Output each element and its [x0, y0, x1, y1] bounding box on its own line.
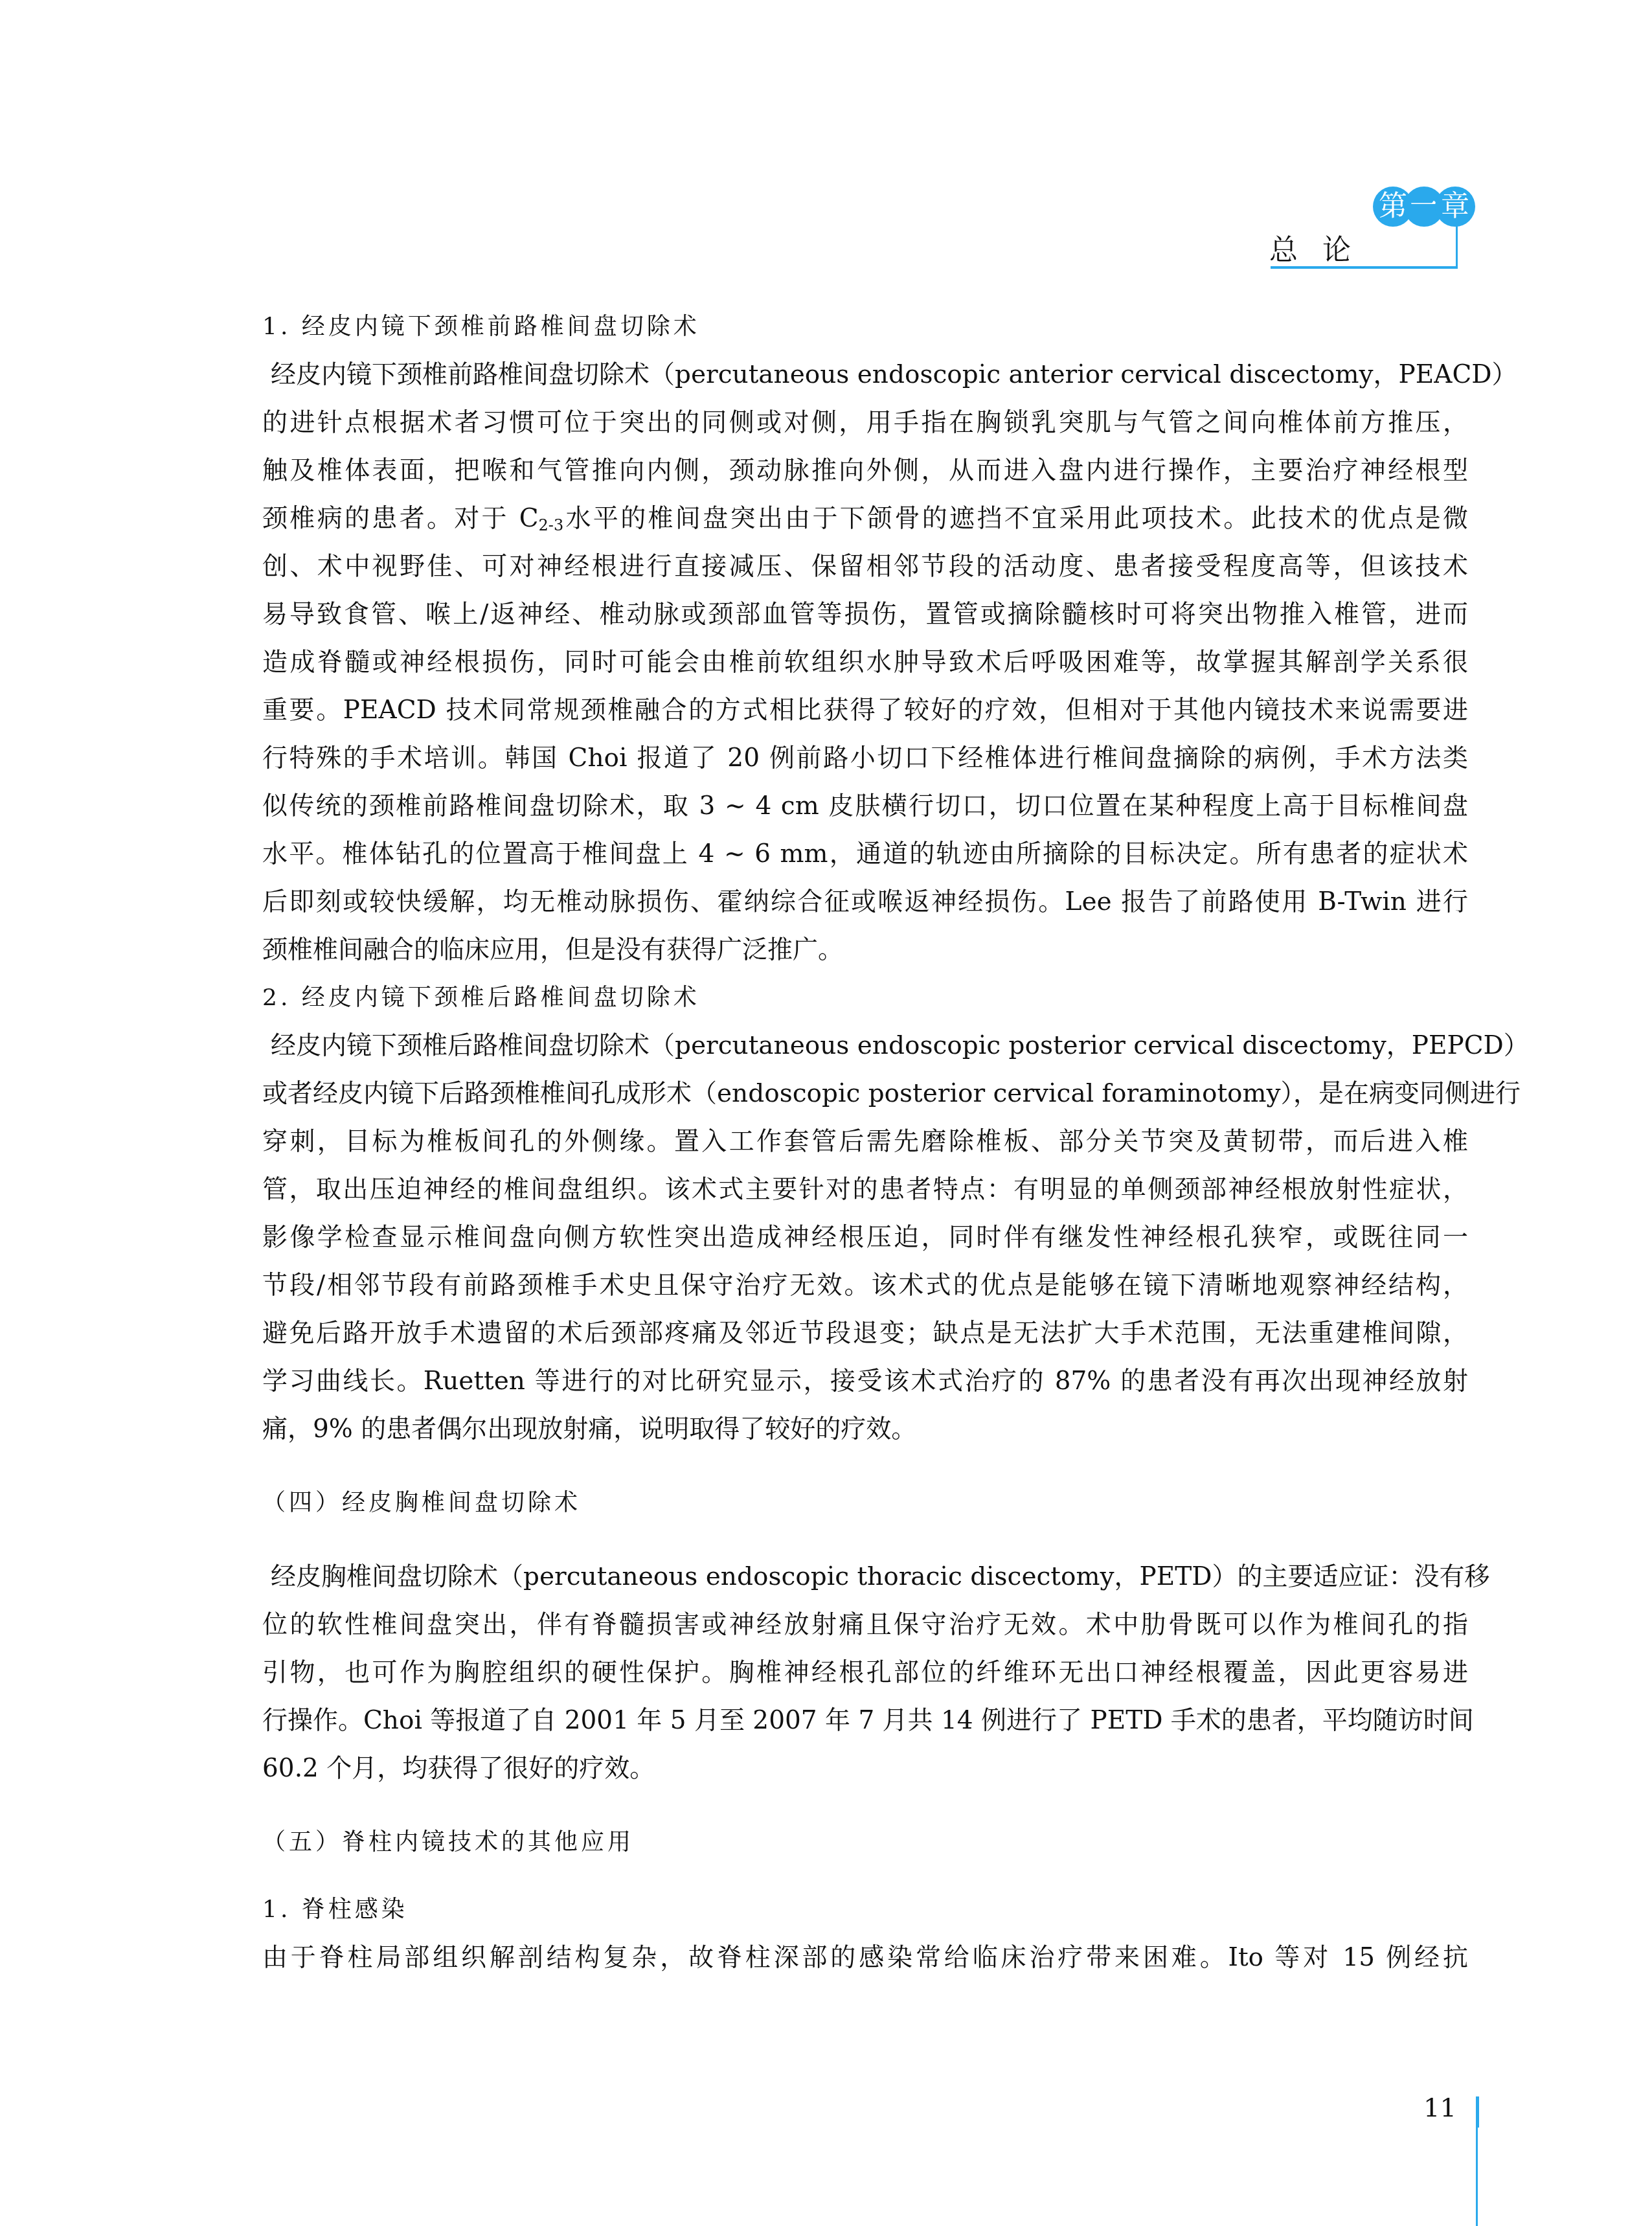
subsection-heading: 1. 脊柱感染 — [262, 1886, 1468, 1934]
paragraph-line: 影像学检查显示椎间盘向侧方软性突出造成神经根压迫，同时伴有继发性神经根孔狭窄，或… — [262, 1214, 1468, 1262]
header-horizontal-rule — [1271, 266, 1458, 269]
paragraph-line: 创、术中视野佳、可对神经根进行直接减压、保留相邻节段的活动度、患者接受程度高等，… — [262, 543, 1468, 591]
paragraph-line: 位的软性椎间盘突出，伴有脊髓损害或神经放射痛且保守治疗无效。术中肋骨既可以作为椎… — [262, 1601, 1468, 1649]
paragraph-line: 水平。椎体钻孔的位置高于椎间盘上 4 ~ 6 mm，通道的轨迹由所摘除的目标决定… — [262, 830, 1468, 878]
page-body: 1. 经皮内镜下颈椎前路椎间盘切除术 经皮内镜下颈椎前路椎间盘切除术（percu… — [262, 303, 1468, 1982]
paragraph-line: 颈椎病的患者。对于 C2-3水平的椎间盘突出由于下颌骨的遮挡不宜采用此项技术。此… — [262, 495, 1468, 543]
paragraph-line: 引物，也可作为胸腔组织的硬性保护。胸椎神经根孔部位的纤维环无出口神经根覆盖，因此… — [262, 1649, 1468, 1697]
paragraph-line: 易导致食管、喉上/返神经、椎动脉或颈部血管等损伤，置管或摘除髓核时可将突出物推入… — [262, 591, 1468, 639]
footer-rule — [1476, 2128, 1478, 2226]
page-number: 11 — [1423, 2093, 1456, 2123]
subsection-heading: 2. 经皮内镜下颈椎后路椎间盘切除术 — [262, 974, 1468, 1022]
paragraph-line: 的进针点根据术者习惯可位于突出的同侧或对侧，用手指在胸锁乳突肌与气管之间向椎体前… — [262, 399, 1468, 447]
paragraph-line: 触及椎体表面，把喉和气管推向内侧，颈动脉推向外侧，从而进入盘内进行操作，主要治疗… — [262, 447, 1468, 495]
subscript: 2-3 — [539, 516, 564, 534]
paragraph-line: 颈椎椎间融合的临床应用，但是没有获得广泛推广。 — [262, 926, 1468, 974]
paragraph-line: 由于脊柱局部组织解剖结构复杂，故脊柱深部的感染常给临床治疗带来困难。Ito 等对… — [262, 1934, 1468, 1982]
paragraph-line: 重要。PEACD 技术同常规颈椎融合的方式相比获得了较好的疗效，但相对于其他内镜… — [262, 687, 1468, 734]
paragraph-line: 60.2 个月，均获得了很好的疗效。 — [262, 1745, 1468, 1793]
paragraph-line: 似传统的颈椎前路椎间盘切除术，取 3 ~ 4 cm 皮肤横行切口，切口位置在某种… — [262, 782, 1468, 830]
paragraph-line: 穿刺，目标为椎板间孔的外侧缘。置入工作套管后需先磨除椎板、部分关节突及黄韧带，而… — [262, 1118, 1468, 1166]
chapter-badge-char: 章 — [1435, 187, 1475, 227]
header-vertical-rule — [1456, 225, 1458, 268]
section-heading: （五）脊柱内镜技术的其他应用 — [262, 1819, 1468, 1867]
footer-rule-accent — [1476, 2096, 1479, 2128]
paragraph-line: 经皮内镜下颈椎后路椎间盘切除术（percutaneous endoscopic … — [262, 1022, 1468, 1070]
paragraph-line: 避免后路开放手术遗留的术后颈部疼痛及邻近节段退变；缺点是无法扩大手术范围，无法重… — [262, 1310, 1468, 1357]
paragraph-line: 或者经皮内镜下后路颈椎椎间孔成形术（endoscopic posterior c… — [262, 1070, 1468, 1118]
section-heading: （四）经皮胸椎间盘切除术 — [262, 1479, 1468, 1527]
spacer — [262, 1527, 1468, 1553]
paragraph-line: 经皮胸椎间盘切除术（percutaneous endoscopic thorac… — [262, 1553, 1468, 1601]
paragraph-line: 后即刻或较快缓解，均无椎动脉损伤、霍纳综合征或喉返神经损伤。Lee 报告了前路使… — [262, 878, 1468, 926]
running-title: 总论 — [1269, 227, 1375, 268]
paragraph-line: 节段/相邻节段有前路颈椎手术史且保守治疗无效。该术式的优点是能够在镜下清晰地观察… — [262, 1262, 1468, 1310]
text-run: 水平的椎间盘突出由于下颌骨的遮挡不宜采用此项技术。此技术的优点是微 — [563, 504, 1468, 533]
paragraph-line: 管，取出压迫神经的椎间盘组织。该术式主要针对的患者特点：有明显的单侧颈部神经根放… — [262, 1166, 1468, 1214]
paragraph-line: 行操作。Choi 等报道了自 2001 年 5 月至 2007 年 7 月共 1… — [262, 1697, 1468, 1745]
paragraph-line: 造成脊髓或神经根损伤，同时可能会由椎前软组织水肿导致术后呼吸困难等，故掌握其解剖… — [262, 639, 1468, 687]
spacer — [262, 1867, 1468, 1886]
paragraph-line: 经皮内镜下颈椎前路椎间盘切除术（percutaneous endoscopic … — [262, 351, 1468, 399]
subsection-heading: 1. 经皮内镜下颈椎前路椎间盘切除术 — [262, 303, 1468, 351]
spacer — [262, 1453, 1468, 1479]
text-run: 颈椎病的患者。对于 C — [262, 504, 539, 533]
spacer — [262, 1793, 1468, 1819]
book-page: 第 一 章 总论 1. 经皮内镜下颈椎前路椎间盘切除术 经皮内镜下颈椎前路椎间盘… — [0, 0, 1652, 2226]
paragraph-line: 学习曲线长。Ruetten 等进行的对比研究显示，接受该术式治疗的 87% 的患… — [262, 1357, 1468, 1405]
paragraph-line: 行特殊的手术培训。韩国 Choi 报道了 20 例前路小切口下经椎体进行椎间盘摘… — [262, 734, 1468, 782]
chapter-badge: 第 一 章 — [1373, 187, 1475, 227]
paragraph-line: 痛，9% 的患者偶尔出现放射痛，说明取得了较好的疗效。 — [262, 1405, 1468, 1453]
